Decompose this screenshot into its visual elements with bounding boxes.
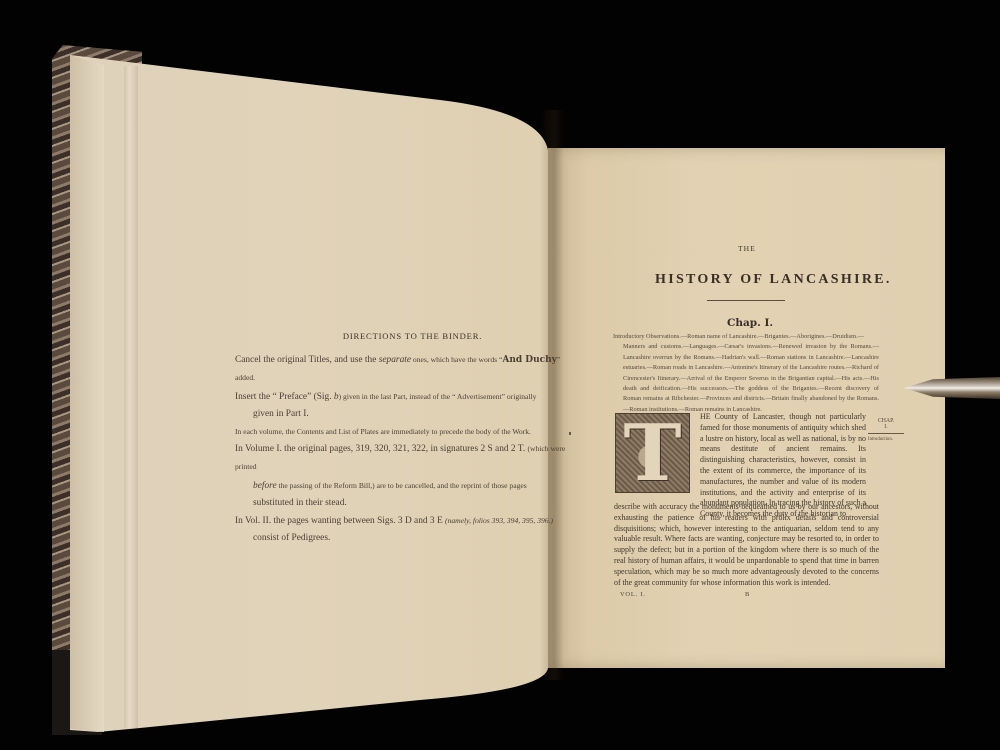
binder-paragraph-4: In Volume I. the original pages, 319, 32…: [235, 440, 570, 476]
synopsis-rest: Manners and customs.—Languages.—Cæsar's …: [613, 342, 879, 415]
text-italic: separate: [379, 355, 411, 365]
decorated-initial: T: [615, 413, 690, 493]
side-note-rule: [868, 433, 904, 434]
title-the: THE: [738, 244, 756, 253]
chapter-heading: Chap. I.: [727, 317, 773, 329]
text: the passing of the Reform Bill,) are to …: [277, 481, 527, 490]
title-rule: [707, 300, 785, 301]
text: ones, which have the words “: [411, 355, 502, 364]
body-paragraph-rest: describe with accuracy the monuments beq…: [614, 502, 879, 588]
synopsis-first-line: Introductory Observations.—Roman name of…: [613, 333, 864, 340]
binder-directions: DIRECTIONS TO THE BINDER. Cancel the ori…: [235, 328, 570, 547]
text: In Vol. II. the pages wanting between Si…: [235, 516, 445, 526]
side-note-number: I.: [868, 424, 904, 430]
binder-paragraph-1: Cancel the original Titles, and use the …: [235, 351, 570, 387]
binder-paragraph-2: Insert the “ Preface” (Sig. b) given in …: [235, 388, 570, 406]
chapter-synopsis: Introductory Observations.—Roman name of…: [613, 332, 879, 415]
binder-paragraph-2-cont: given in Part I.: [235, 406, 570, 423]
body-text-continued: describe with accuracy the monuments beq…: [614, 502, 879, 588]
binder-paragraph-5-cont: consist of Pedigrees.: [235, 530, 570, 547]
text: In Volume I. the original pages, 319, 32…: [235, 444, 528, 454]
side-note: CHAP. I. Introduction.: [868, 418, 904, 442]
text: Insert the “ Preface” (Sig.: [235, 392, 334, 402]
text-blackletter: And Duchy: [502, 355, 557, 365]
initial-letter: T: [616, 408, 689, 499]
text: Cancel the original Titles, and use the: [235, 355, 379, 365]
text: ) given in the last Part, instead of the…: [339, 392, 537, 401]
left-page-stack-edge: [70, 55, 104, 732]
footer-volume: VOL. I.: [620, 591, 646, 598]
side-note-text: Introduction.: [868, 437, 904, 442]
binder-paragraph-4-cont: before the passing of the Reform Bill,) …: [235, 477, 570, 495]
footer-signature: B: [745, 591, 749, 598]
left-page-fold-line: [124, 66, 138, 728]
binder-paragraph-5: In Vol. II. the pages wanting between Si…: [235, 512, 570, 530]
binder-heading: DIRECTIONS TO THE BINDER.: [235, 328, 570, 345]
binder-paragraph-3: In each volume, the Contents and List of…: [235, 423, 570, 440]
text-italic: before: [253, 481, 277, 491]
book-title: HISTORY OF LANCASHIRE.: [655, 272, 892, 288]
text-small: (namely, folios 393, 394, 395, 396.): [445, 516, 553, 525]
binder-paragraph-4-cont2: substituted in their stead.: [235, 495, 570, 512]
